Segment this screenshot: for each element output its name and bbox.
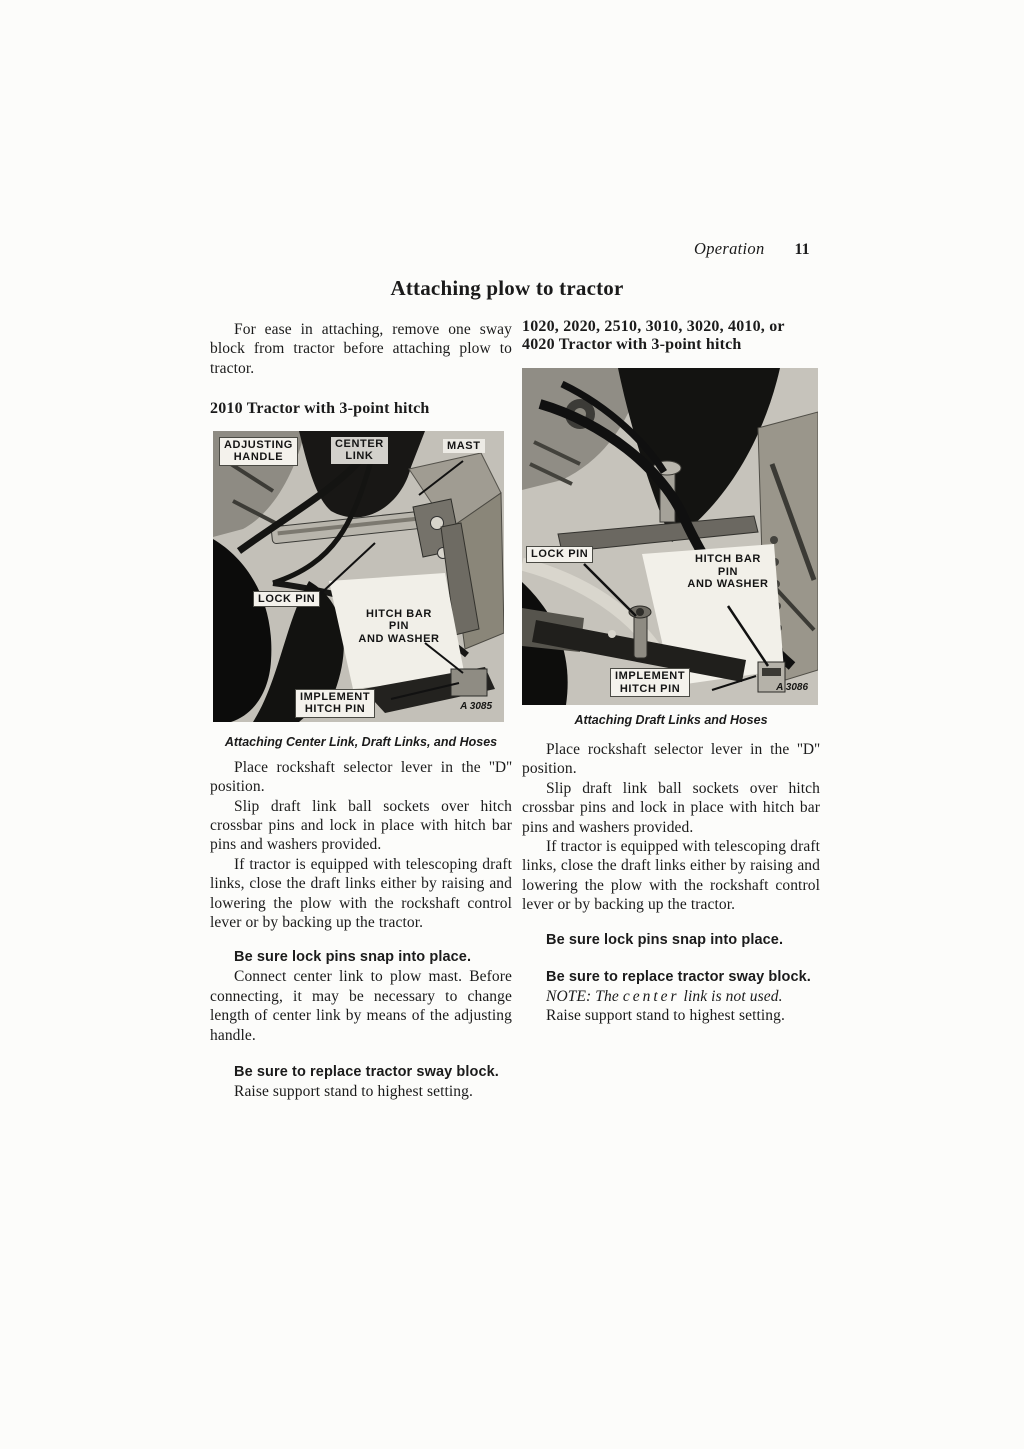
- figure-1020-4020-tractor-hitch-photo: LOCK PIN HITCH BAR PIN AND WASHER IMPLEM…: [522, 368, 818, 705]
- paragraph-raise-support-stand: Raise support stand to highest setting.: [522, 1006, 820, 1025]
- left-column: For ease in attaching, remove one sway b…: [210, 320, 512, 1101]
- paragraph-telescoping-links: If tractor is equipped with telescoping …: [210, 855, 512, 933]
- callout-sway-block: Be sure to replace tractor sway block.: [522, 968, 820, 987]
- paragraph-connect-center-link: Connect center link to plow mast. Before…: [210, 967, 512, 1045]
- figure-2010-tractor-hitch-photo: ADJUSTING HANDLE CENTER LINK MAST LOCK P…: [213, 431, 504, 722]
- intro-paragraph: For ease in attaching, remove one sway b…: [210, 320, 512, 378]
- paragraph-place-rockshaft: Place rockshaft selector lever in the ''…: [522, 740, 820, 779]
- label-center-link: CENTER LINK: [331, 437, 388, 464]
- paragraph-raise-support-stand: Raise support stand to highest setting.: [210, 1082, 512, 1101]
- hitch-photo-illustration: [522, 368, 818, 705]
- manual-page: Operation 11 Attaching plow to tractor F…: [0, 0, 1024, 1449]
- note-keyword: NOTE:: [546, 988, 591, 1005]
- paragraph-slip-draft-link: Slip draft link ball sockets over hitch …: [522, 779, 820, 837]
- label-implement-hitch-pin: IMPLEMENT HITCH PIN: [295, 689, 375, 718]
- label-hitch-bar-pin: HITCH BAR PIN AND WASHER: [668, 552, 788, 592]
- label-mast: MAST: [443, 439, 485, 454]
- left-column-heading: 2010 Tractor with 3-point hitch: [210, 400, 512, 418]
- photo-id-right: A 3086: [776, 682, 808, 693]
- right-column: 1020, 2020, 2510, 3010, 3020, 4010, or 4…: [522, 318, 820, 1025]
- hitch-photo-illustration: [213, 431, 504, 722]
- callout-lock-pins: Be sure lock pins snap into place.: [210, 948, 512, 967]
- page-number: 11: [795, 241, 810, 259]
- page-title: Attaching plow to tractor: [0, 276, 1014, 301]
- paragraph-slip-draft-link: Slip draft link ball sockets over hitch …: [210, 797, 512, 855]
- callout-lock-pins: Be sure lock pins snap into place.: [522, 931, 820, 950]
- note-center-link: NOTE: The center link is not used.: [522, 987, 820, 1006]
- running-header: Operation 11: [694, 239, 810, 259]
- left-figure-caption: Attaching Center Link, Draft Links, and …: [210, 735, 512, 749]
- right-figure-caption: Attaching Draft Links and Hoses: [522, 713, 820, 727]
- paragraph-place-rockshaft: Place rockshaft selector lever in the ''…: [210, 758, 512, 797]
- section-title: Operation: [694, 239, 765, 259]
- label-implement-hitch-pin: IMPLEMENT HITCH PIN: [610, 668, 690, 697]
- label-adjusting-handle: ADJUSTING HANDLE: [219, 437, 298, 466]
- paragraph-telescoping-links: If tractor is equipped with telescoping …: [522, 837, 820, 915]
- label-hitch-bar-pin: HITCH BAR PIN AND WASHER: [341, 607, 457, 647]
- photo-id-left: A 3085: [460, 701, 492, 712]
- right-column-heading: 1020, 2020, 2510, 3010, 3020, 4010, or 4…: [522, 318, 820, 353]
- callout-sway-block: Be sure to replace tractor sway block.: [210, 1063, 512, 1082]
- label-lock-pin: LOCK PIN: [526, 546, 593, 563]
- label-lock-pin: LOCK PIN: [253, 591, 320, 608]
